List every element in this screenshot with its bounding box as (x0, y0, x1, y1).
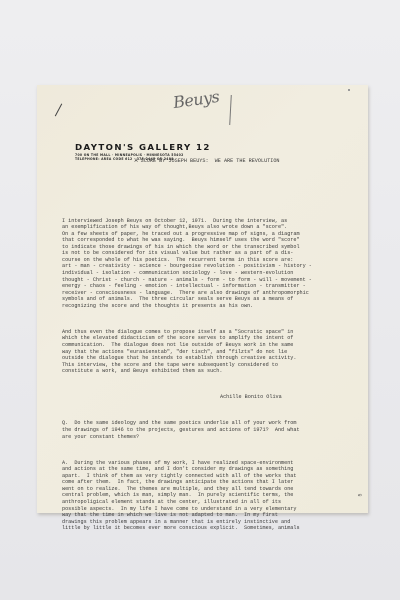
document-body: A SCORE BY JOSEPH BEUYS: WE ARE THE REVO… (62, 198, 362, 551)
corner-pencil-mark: 5 (358, 493, 364, 496)
handwritten-signature: Beuys (172, 87, 220, 112)
intro-paragraph: I interviewed Joseph Beuys on October 12… (62, 218, 362, 310)
document-page: Beuys DAYTON'S GALLERY 12 700 ON THE MAL… (37, 85, 368, 513)
dialogue-paragraph: And thus even the dialogue comes to prop… (62, 329, 362, 375)
page-number-mark (55, 104, 63, 117)
question-paragraph: Q. Do the same ideology and the same poe… (62, 420, 362, 440)
author-name: Achille Bonito Oliva (62, 394, 362, 401)
gallery-name: DAYTON'S GALLERY 12 (75, 144, 211, 153)
signature-stroke (229, 95, 232, 125)
document-title: A SCORE BY JOSEPH BEUYS: WE ARE THE REVO… (62, 158, 352, 165)
paper-speck (348, 89, 350, 91)
answer-paragraph: A. During the various phases of my work,… (62, 460, 362, 532)
